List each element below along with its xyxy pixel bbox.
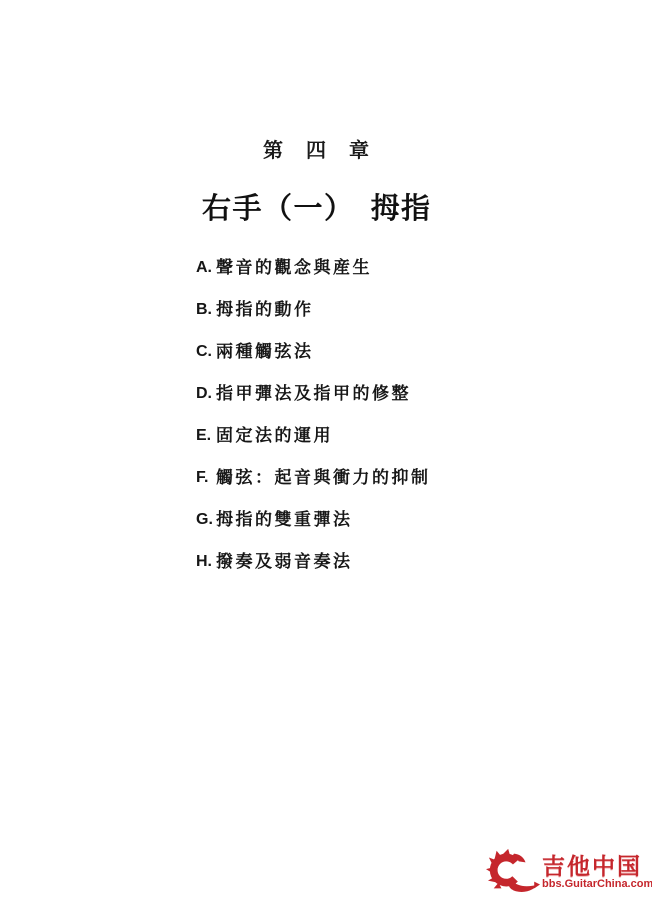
- page-title: 右手（一） 拇指: [202, 186, 432, 227]
- section-item-f: F. 觸弦：起音與衝力的抑制: [196, 468, 431, 510]
- watermark: 吉他中国 bbs.GuitarChina.com: [486, 848, 652, 896]
- section-letter: E.: [196, 426, 216, 446]
- chapter-heading: 第 四 章: [263, 134, 378, 163]
- section-label: 指甲彈法及指甲的修整: [216, 384, 411, 404]
- section-label: 固定法的運用: [216, 426, 333, 446]
- dragon-logo-icon: [486, 848, 540, 896]
- section-letter: G.: [196, 510, 216, 530]
- book-page: 第 四 章 右手（一） 拇指 A. 聲音的觀念與産生 B. 拇指的動作 C. 兩…: [0, 0, 652, 904]
- section-letter: H.: [196, 552, 216, 572]
- section-label: 撥奏及弱音奏法: [216, 552, 353, 572]
- section-label: 觸弦：起音與衝力的抑制: [216, 468, 431, 488]
- section-letter: F.: [196, 468, 216, 488]
- section-item-a: A. 聲音的觀念與産生: [196, 258, 431, 300]
- watermark-brand: 吉他中国: [542, 854, 642, 878]
- section-item-e: E. 固定法的運用: [196, 426, 431, 468]
- section-letter: B.: [196, 300, 216, 320]
- watermark-url: bbs.GuitarChina.com: [542, 878, 652, 890]
- section-label: 兩種觸弦法: [216, 342, 314, 362]
- section-label: 拇指的雙重彈法: [216, 510, 353, 530]
- section-item-g: G. 拇指的雙重彈法: [196, 510, 431, 552]
- section-letter: C.: [196, 342, 216, 362]
- section-list: A. 聲音的觀念與産生 B. 拇指的動作 C. 兩種觸弦法 D. 指甲彈法及指甲…: [196, 258, 431, 594]
- section-letter: A.: [196, 258, 216, 278]
- section-item-h: H. 撥奏及弱音奏法: [196, 552, 431, 594]
- section-item-c: C. 兩種觸弦法: [196, 342, 431, 384]
- section-letter: D.: [196, 384, 216, 404]
- section-label: 拇指的動作: [216, 300, 314, 320]
- section-label: 聲音的觀念與産生: [216, 258, 372, 278]
- watermark-text: 吉他中国 bbs.GuitarChina.com: [542, 854, 652, 890]
- section-item-d: D. 指甲彈法及指甲的修整: [196, 384, 431, 426]
- section-item-b: B. 拇指的動作: [196, 300, 431, 342]
